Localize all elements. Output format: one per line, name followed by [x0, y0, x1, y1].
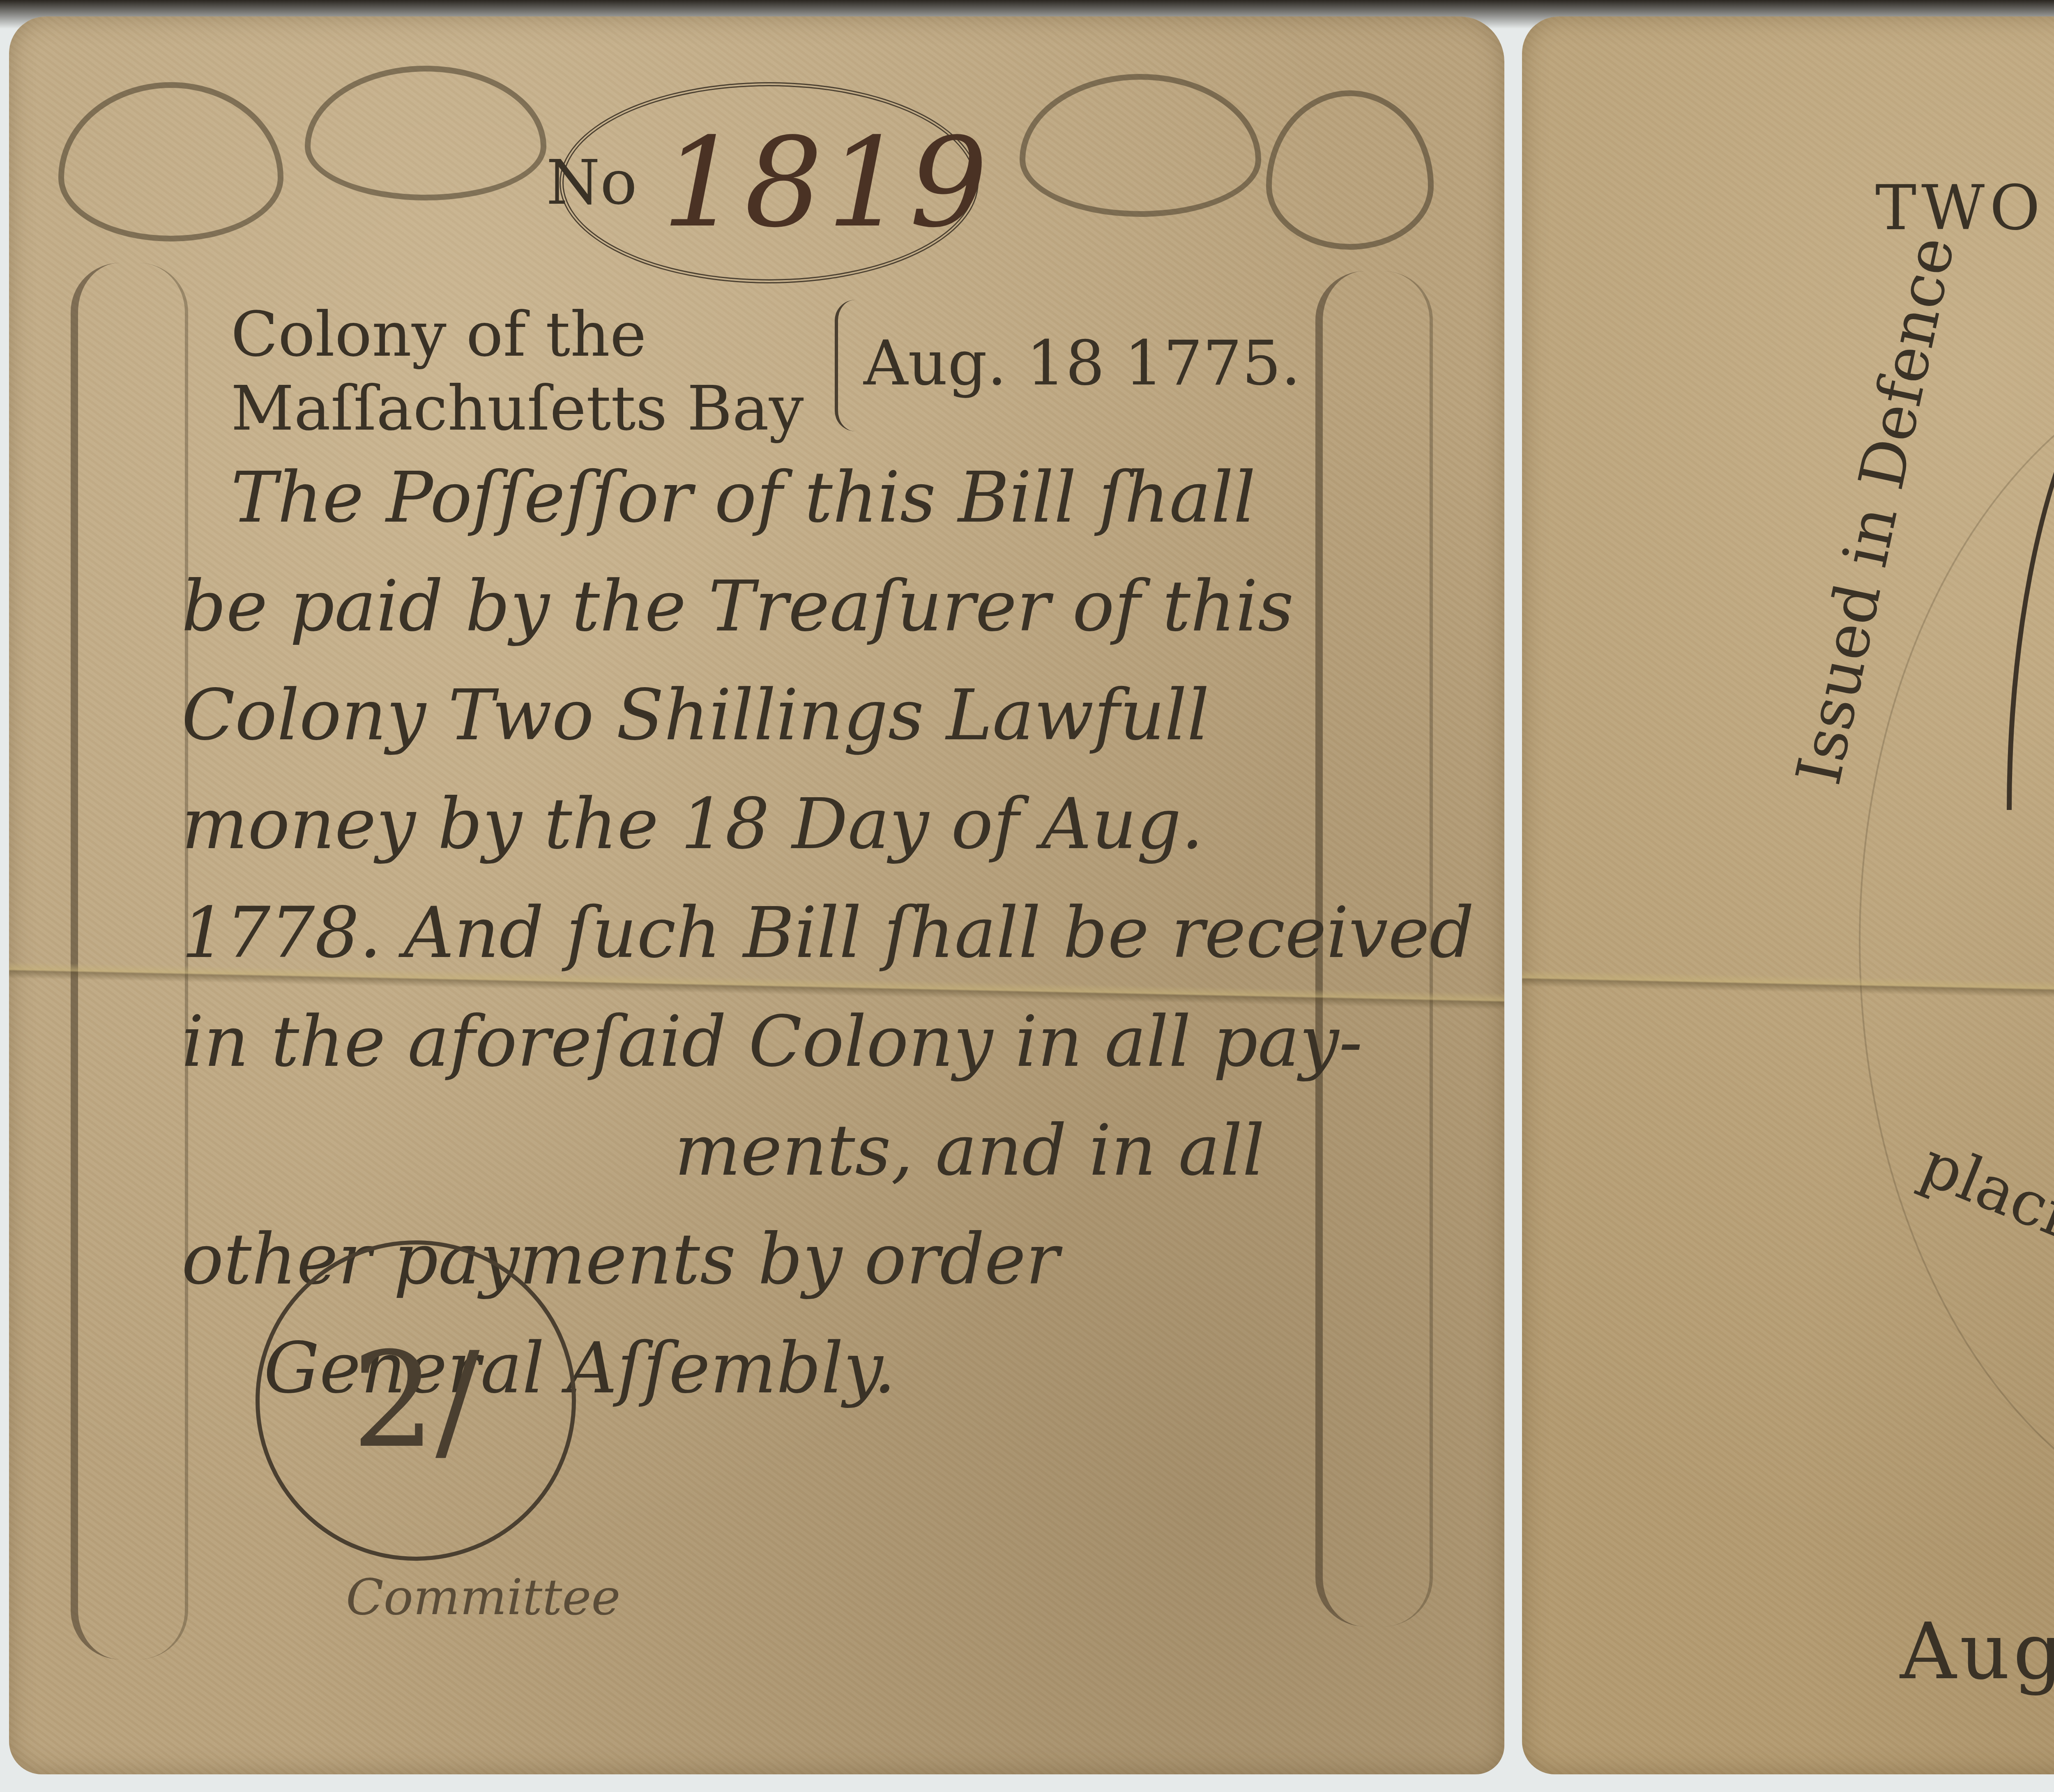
body-line: money by the 18 Day of Aug.: [182, 770, 1299, 879]
header-colony-line1: Colony of the: [231, 304, 647, 366]
banknote-back: TWO SHILLINGS. Issued in Defence of Amer…: [1522, 16, 2054, 1774]
serial-number: 1819: [662, 111, 992, 255]
corner-scroll-ornament-top-left: [58, 82, 283, 242]
banknote-front: No 1819 Colony of the Maſſachuſetts Bay …: [9, 16, 1504, 1774]
corner-scroll-ornament-top-mid: [305, 66, 546, 200]
serial-prefix: No: [546, 147, 637, 219]
body-line: ments, and in all: [182, 1097, 1299, 1205]
denomination-seal: 2/: [256, 1240, 576, 1561]
header-colony-line2: Maſſachuſetts Bay: [231, 378, 804, 439]
header-bracket: [835, 300, 863, 431]
back-issue-date: Augt. 18. 1775.: [1900, 1606, 2054, 1697]
body-line: The Poſſeſſor of this Bill ſhall: [182, 444, 1299, 552]
left-border-vine: [71, 263, 188, 1659]
issue-date: Aug. 18 1775.: [864, 333, 1301, 394]
corner-scroll-ornament-top-right: [1020, 74, 1261, 217]
seal-symbol: 2/: [352, 1324, 479, 1477]
body-line: be paid by the Treaſurer of this: [182, 552, 1299, 661]
body-line: in the aforeſaid Colony in all pay-: [182, 988, 1299, 1097]
serial-number-oval: No 1819: [560, 82, 979, 283]
body-line: Colony Two Shillings Lawfull: [182, 661, 1299, 770]
corner-scroll-ornament-top-far-right: [1266, 90, 1434, 250]
committee-signature-label: Committee: [346, 1569, 621, 1626]
